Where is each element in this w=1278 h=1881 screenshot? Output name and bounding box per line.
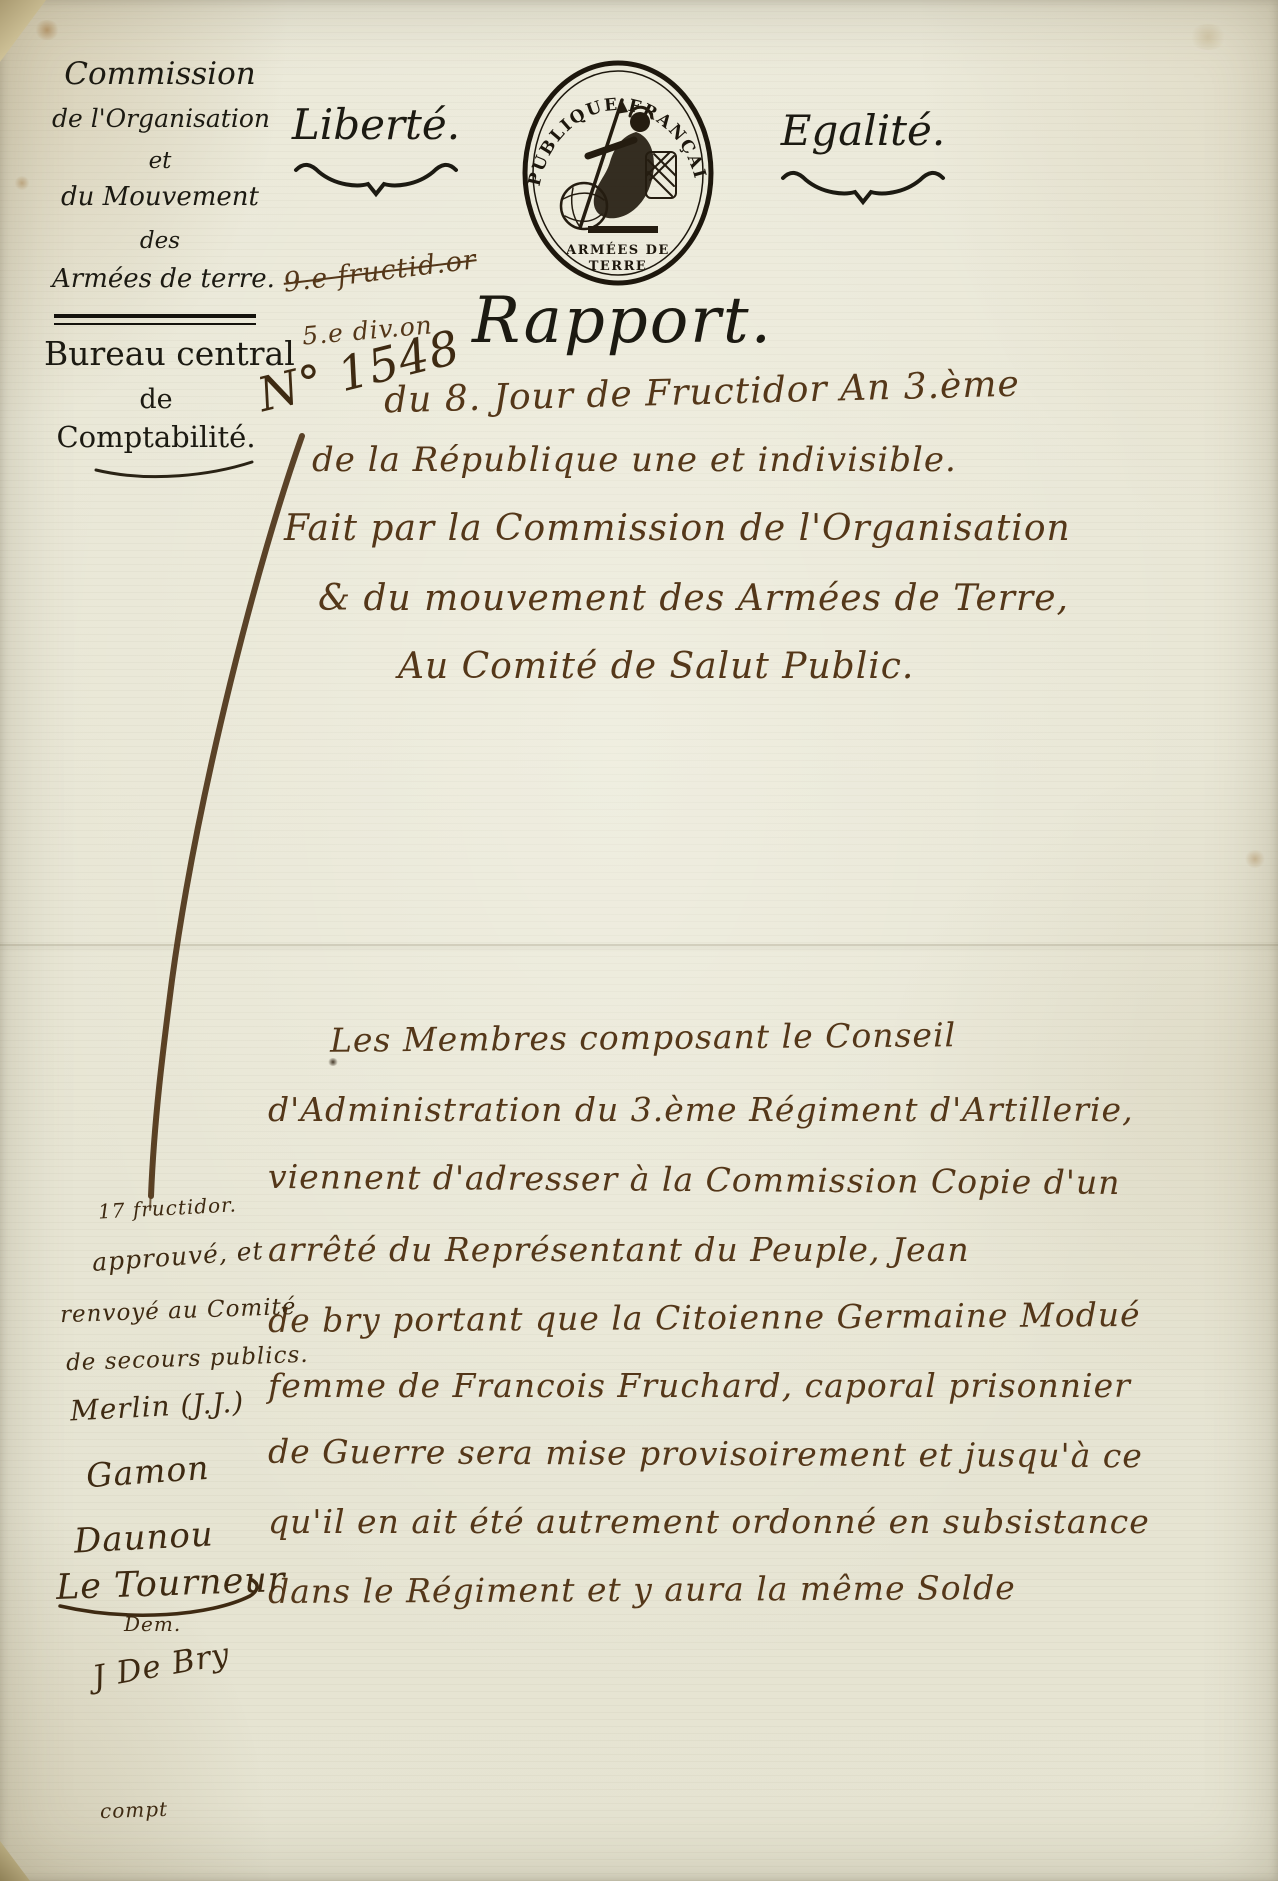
body-line: femme de Francois Fruchard, caporal pris…	[268, 1366, 1131, 1405]
body-line: dans le Régiment et y aura la même Solde	[268, 1568, 1016, 1611]
body-line: viennent d'adresser à la Commission Copi…	[268, 1157, 1121, 1202]
body-line: qu'il en ait été autrement ordonné en su…	[268, 1502, 1150, 1541]
signature-daunou: Daunou	[73, 1514, 215, 1561]
signature-letourneur: Le Tourneur	[55, 1560, 286, 1608]
document-page: Commission de l'Organisation et du Mouve…	[0, 0, 1278, 1881]
bottom-clerk-note: compt	[100, 1797, 169, 1823]
body-line: arrêté du Représentant du Peuple, Jean	[268, 1230, 970, 1269]
body-line: de bry portant que la Citoienne Germaine…	[268, 1295, 1141, 1340]
body-line: d'Administration du 3.ème Régiment d'Art…	[268, 1090, 1134, 1129]
signature-dem: Dem.	[124, 1612, 181, 1636]
body-line: de Guerre sera mise provisoirement et ju…	[268, 1432, 1143, 1476]
body-line: Les Membres composant le Conseil	[330, 1015, 956, 1059]
